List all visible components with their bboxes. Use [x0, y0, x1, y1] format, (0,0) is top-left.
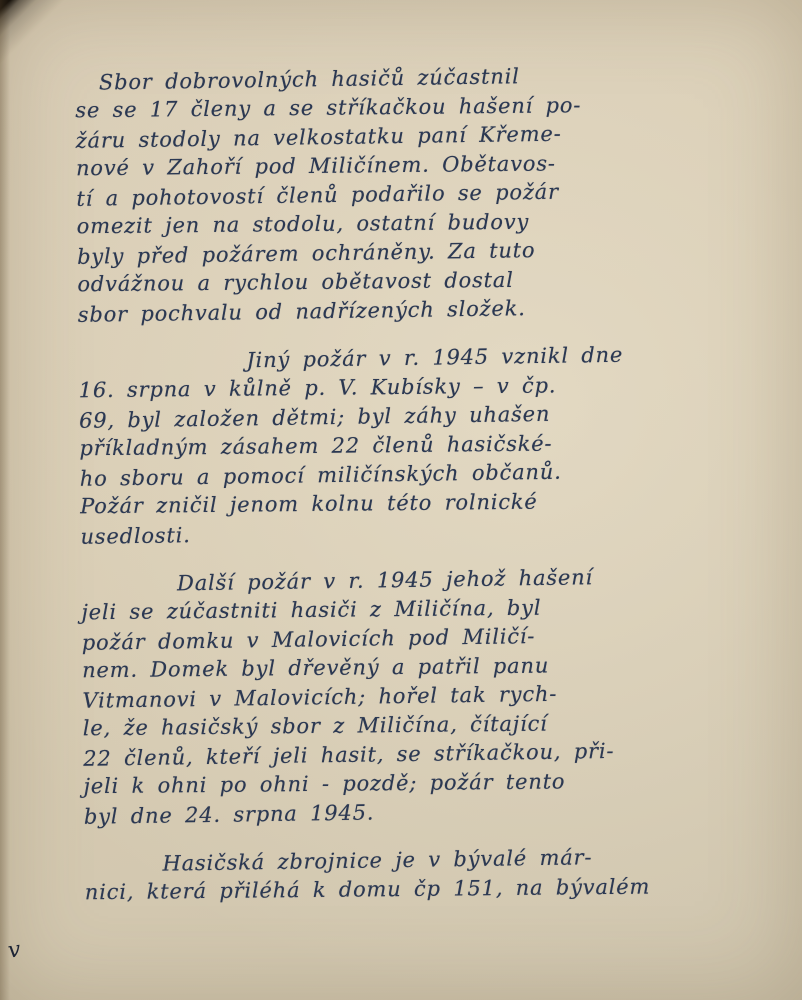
handwritten-line: nici, která přiléhá k domu čp 151, na bý… [85, 872, 733, 908]
paragraph-fire-barn: Sbor dobrovolných hasičů zúčastnil se se… [75, 60, 726, 329]
handwritten-text-block: Sbor dobrovolných hasičů zúčastnil se se… [75, 60, 733, 927]
paragraph-fire-station: Hasičská zbrojnice je v bývalé már- nici… [84, 842, 733, 908]
paragraph-fire-shed-kubisky: Jiný požár v r. 1945 vznikl dne 16. srpn… [78, 340, 728, 551]
margin-check-mark: v [6, 937, 22, 963]
paragraph-fire-malovice: Další požár v r. 1945 jehož hašení jeli … [81, 562, 732, 831]
manuscript-page: Sbor dobrovolných hasičů zúčastnil se se… [0, 0, 802, 1000]
